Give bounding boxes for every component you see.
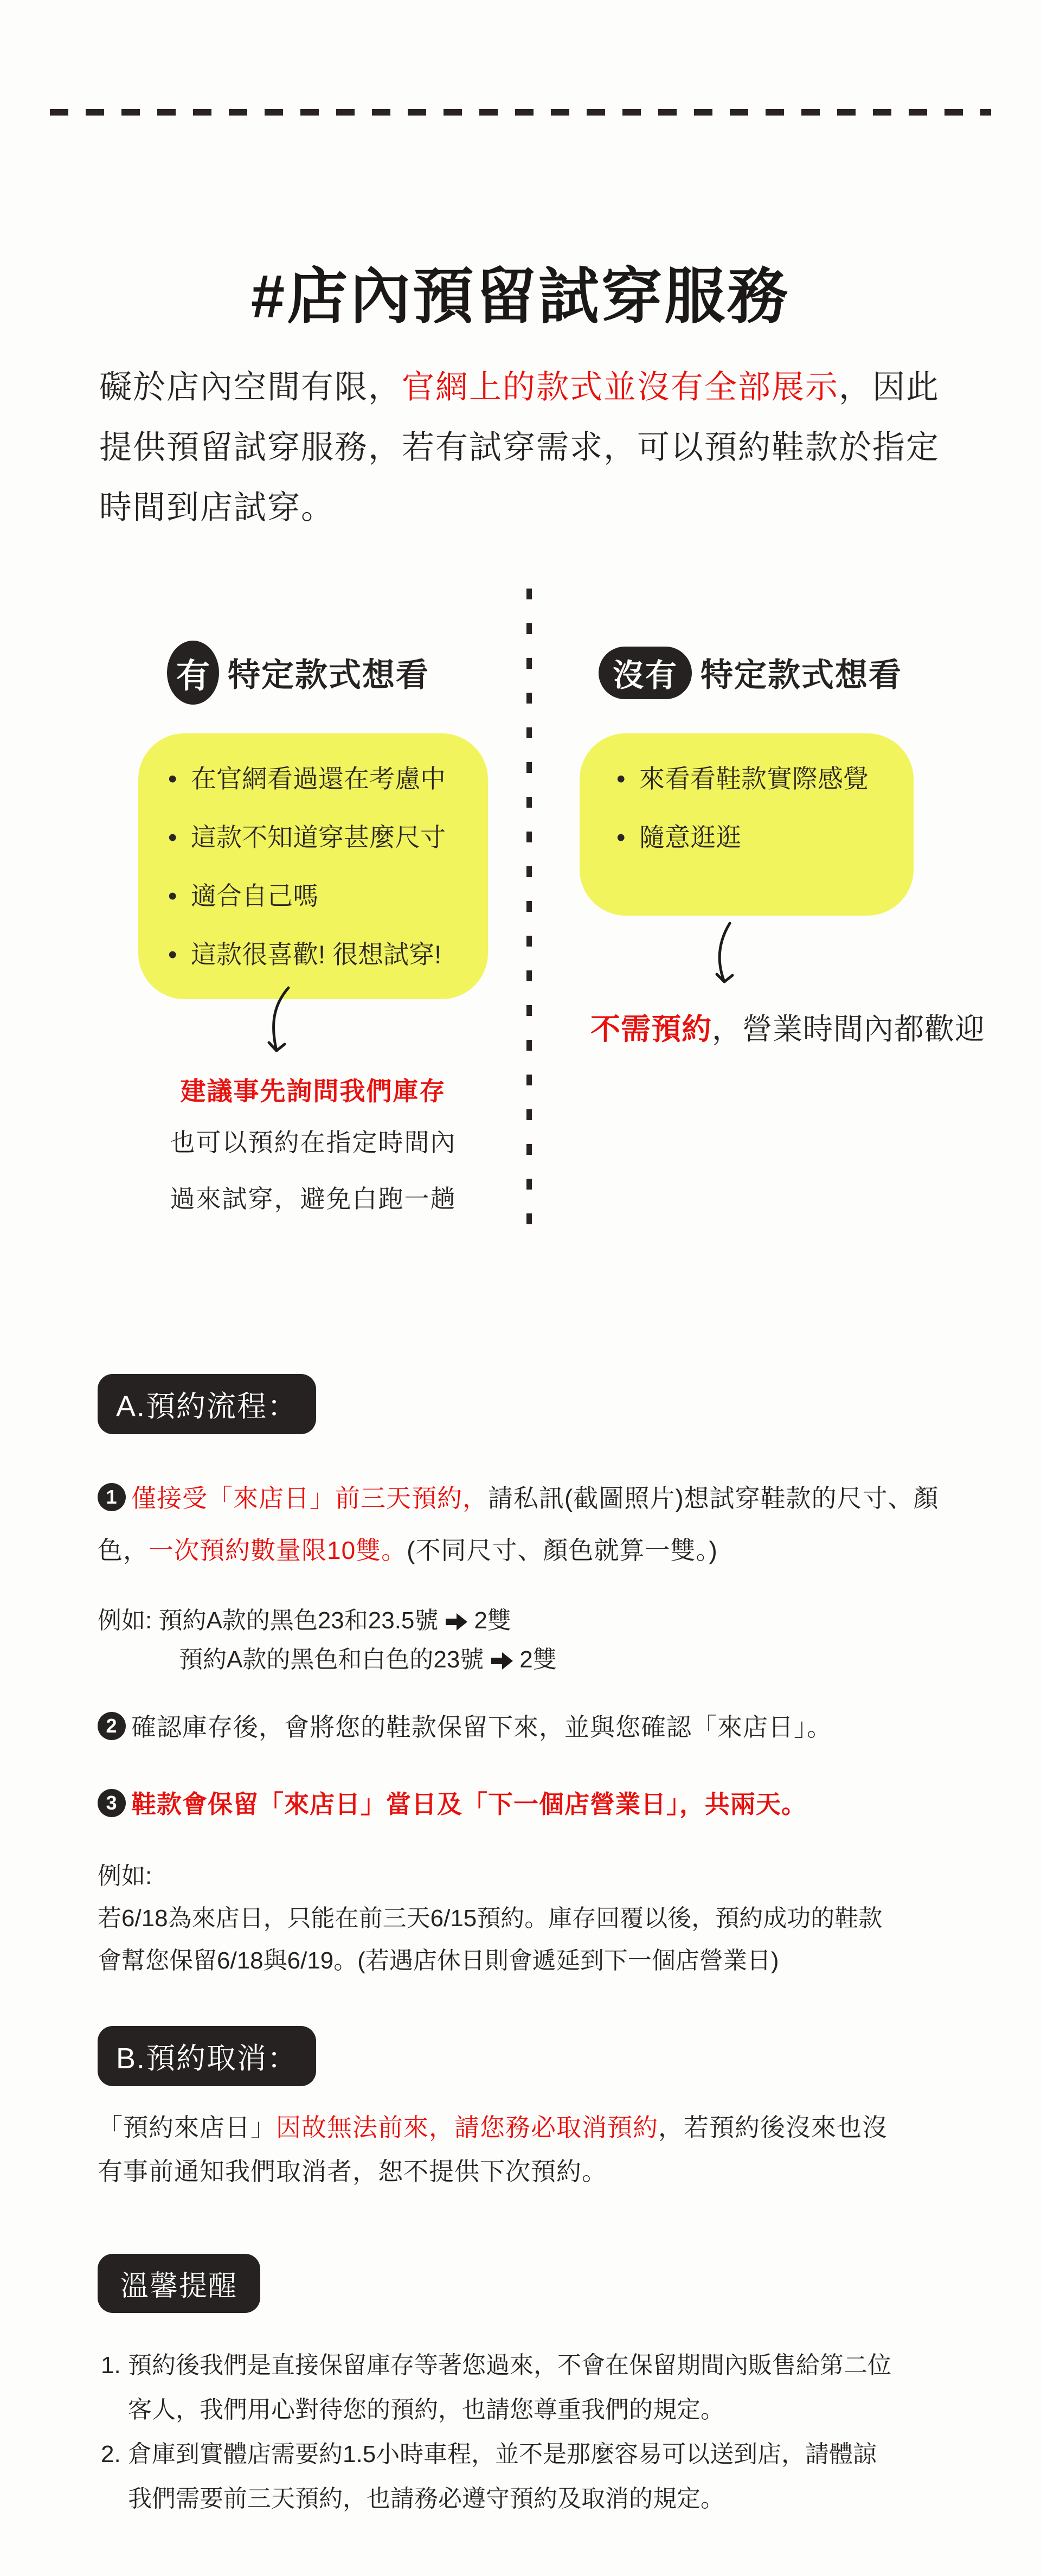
badge-yes-circle: 有 (167, 641, 219, 705)
left-bullet-list: 在官網看過還在考慮中 這款不知道穿甚麼尺寸 適合自己嗎 這款很喜歡! 很想試穿! (168, 750, 464, 984)
section-b-title-box: B.預約取消： (98, 2026, 316, 2086)
section-reservation-process: A.預約流程： 1僅接受「來店日」前三天預約，請私訊(截圖照片)想試穿鞋款的尺寸… (98, 1374, 987, 1982)
step-2-number-badge: 2 (98, 1712, 126, 1740)
badge-no-pill: 沒有 (599, 647, 692, 699)
list-item: 1. 預約後我們是直接保留庫存等著您過來，不會在保留期間內販售給第二位客人，我們… (101, 2343, 898, 2432)
right-bullet-list: 來看看鞋款實際感覺 隨意逛逛 (616, 750, 897, 867)
left-note-lines: 也可以預約在指定時間內 過來試穿，避免白跑一趟 (138, 1114, 488, 1227)
example-block-2: 例如: 若6/18為來店日，只能在前三天6/15預約。庫存回覆以後，預約成功的鞋… (98, 1855, 987, 1982)
example-1-result-2: 2雙 (519, 1646, 556, 1673)
left-note-line-1: 也可以預約在指定時間內 (138, 1114, 488, 1171)
example-1-line-2: 預約A款的黑色和白色的23號2雙 (98, 1640, 987, 1679)
right-note-line: 不需預約，營業時間內都歡迎 (590, 1005, 976, 1048)
cancel-text-pre: 「預約來店日」 (98, 2113, 276, 2142)
column-no-specific-style: 沒有 特定款式想看 來看看鞋款實際感覺 隨意逛逛 不需預約，營業時間內都歡迎 (531, 589, 976, 1048)
cancel-text-red: 因故無法前來，請您務必取消預約 (276, 2113, 658, 2142)
list-item: 適合自己嗎 (168, 867, 464, 925)
reminder-item-2-text: 倉庫到實體店需要約1.5小時車程，並不是那麼容易可以送到店，請體諒我們需要前三天… (128, 2441, 877, 2512)
intro-paragraph: 礙於店內空間有限，官網上的款式並沒有全部展示，因此提供預留試穿服務，若有試穿需求… (99, 357, 948, 538)
section-friendly-reminder: 溫馨提醒 1. 預約後我們是直接保留庫存等著您過來，不會在保留期間內販售給第二位… (98, 2254, 1019, 2521)
reminder-title-box: 溫馨提醒 (98, 2254, 260, 2313)
section-a-title-box: A.預約流程： (98, 1374, 316, 1434)
example-2-label: 例如: (98, 1855, 987, 1897)
example-1-line-1: 例如: 預約A款的黑色23和23.5號2雙 (98, 1601, 987, 1640)
cancel-policy-paragraph: 「預約來店日」因故無法前來，請您務必取消預約，若預約後沒來也沒有事前通知我們取消… (98, 2106, 911, 2194)
left-speech-bubble: 在官網看過還在考慮中 這款不知道穿甚麼尺寸 適合自己嗎 這款很喜歡! 很想試穿! (138, 733, 488, 999)
step-1-red-1: 僅接受「來店日」前三天預約， (131, 1484, 488, 1512)
example-1-text-2: 預約A款的黑色和白色的23號 (179, 1646, 484, 1673)
reminder-list: 1. 預約後我們是直接保留庫存等著您過來，不會在保留期間內販售給第二位客人，我們… (101, 2343, 898, 2521)
intro-text-pre: 礙於店內空間有限， (99, 369, 402, 405)
page-title: #店內預留試穿服務 (0, 248, 1041, 335)
column-has-specific-style: 有 特定款式想看 在官網看過還在考慮中 這款不知道穿甚麼尺寸 適合自己嗎 這款很… (98, 589, 520, 1227)
right-note-rest: ，營業時間內都歡迎 (712, 1012, 985, 1046)
curved-arrow-down-icon (260, 986, 298, 1067)
step-1-red-2: 一次預約數量限10雙。 (149, 1536, 407, 1564)
left-heading-label: 特定款式想看 (228, 649, 429, 696)
right-heading-label: 特定款式想看 (701, 649, 902, 696)
step-3-paragraph: 3鞋款會保留「來店日」當日及「下一個店營業日」，共兩天。 (98, 1778, 987, 1830)
list-item: 2. 倉庫到實體店需要約1.5小時車程，並不是那麼容易可以送到店，請體諒我們需要… (101, 2432, 898, 2521)
example-block-1: 例如: 預約A款的黑色23和23.5號2雙 預約A款的黑色和白色的23號2雙 (98, 1601, 987, 1679)
poster-page: #店內預留試穿服務 礙於店內空間有限，官網上的款式並沒有全部展示，因此提供預留試… (0, 0, 1041, 2576)
step-2-text: 確認庫存後，會將您的鞋款保留下來，並與您確認「來店日」。 (131, 1713, 832, 1741)
curved-arrow-down-icon (710, 921, 748, 997)
example-2-line-1: 若6/18為來店日，只能在前三天6/15預約。庫存回覆以後，預約成功的鞋款 (98, 1897, 987, 1940)
left-note-line-2: 過來試穿，避免白跑一趟 (138, 1171, 488, 1227)
step-3-number-badge: 3 (98, 1789, 126, 1817)
comparison-columns: 有 特定款式想看 在官網看過還在考慮中 這款不知道穿甚麼尺寸 適合自己嗎 這款很… (0, 589, 1041, 1248)
reminder-item-1-number: 1. (101, 2343, 121, 2388)
list-item: 隨意逛逛 (616, 808, 897, 867)
reminder-item-1-text: 預約後我們是直接保留庫存等著您過來，不會在保留期間內販售給第二位客人，我們用心對… (128, 2352, 891, 2423)
example-label: 例如: (98, 1607, 152, 1634)
left-note-red: 建議事先詢問我們庫存 (138, 1071, 488, 1108)
right-note-red: 不需預約 (590, 1012, 712, 1046)
right-column-heading: 沒有 特定款式想看 (599, 640, 976, 705)
example-1-result-1: 2雙 (474, 1607, 511, 1634)
right-arrow-icon (446, 1613, 468, 1631)
step-2-paragraph: 2確認庫存後，會將您的鞋款保留下來，並與您確認「來店日」。 (98, 1701, 987, 1753)
right-speech-bubble: 來看看鞋款實際感覺 隨意逛逛 (580, 733, 914, 916)
example-1-text-1: 預約A款的黑色23和23.5號 (158, 1607, 438, 1634)
step-1-black-2: (不同尺寸、顏色就算一雙。) (407, 1536, 718, 1564)
list-item: 在官網看過還在考慮中 (168, 750, 464, 808)
example-2-line-2: 會幫您保留6/18與6/19。(若遇店休日則會遞延到下一個店營業日) (98, 1940, 987, 1982)
step-1-paragraph: 1僅接受「來店日」前三天預約，請私訊(截圖照片)想試穿鞋款的尺寸、顏色，一次預約… (98, 1472, 943, 1576)
list-item: 來看看鞋款實際感覺 (616, 750, 897, 808)
left-note-block: 建議事先詢問我們庫存 也可以預約在指定時間內 過來試穿，避免白跑一趟 (138, 1071, 488, 1227)
step-3-text: 鞋款會保留「來店日」當日及「下一個店營業日」，共兩天。 (131, 1790, 807, 1818)
step-1-number-badge: 1 (98, 1483, 126, 1511)
reminder-item-2-number: 2. (101, 2432, 121, 2477)
left-column-heading: 有 特定款式想看 (167, 640, 520, 705)
list-item: 這款很喜歡! 很想試穿! (168, 925, 464, 984)
list-item: 這款不知道穿甚麼尺寸 (168, 808, 464, 867)
intro-text-highlight: 官網上的款式並沒有全部展示 (402, 369, 839, 405)
right-arrow-icon (491, 1652, 514, 1670)
section-reservation-cancel: B.預約取消： 「預約來店日」因故無法前來，請您務必取消預約，若預約後沒來也沒有… (98, 2026, 987, 2219)
top-dashed-divider (50, 109, 991, 116)
